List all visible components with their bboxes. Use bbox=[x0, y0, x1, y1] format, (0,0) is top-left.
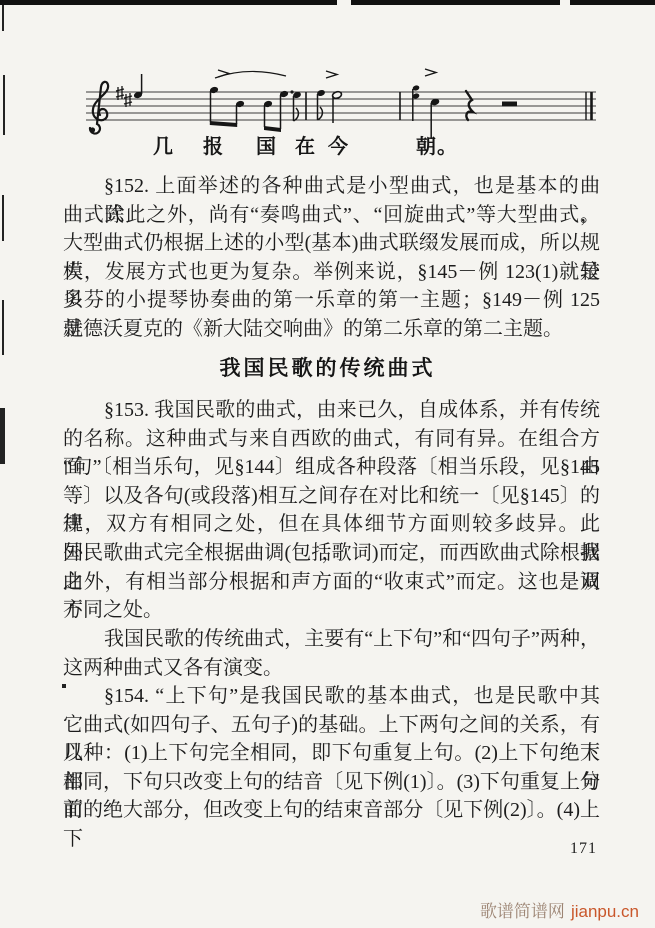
scanned-book-page: { "score": { "clef": "treble", "key_sign… bbox=[0, 0, 655, 928]
lyric-syllable: 几 bbox=[153, 134, 174, 160]
paragraph-152: §152. 上面举述的各种曲式是小型曲式，也是基本的曲式。 曲式除此之外，尚有“… bbox=[0, 172, 655, 344]
scan-top-edge bbox=[0, 0, 655, 5]
text-line: 的名称。这种曲式与来自西欧的曲式，有同有异。在组合方面由 bbox=[63, 425, 600, 454]
text-line: 面的绝大部分，但改变上句的结束音部分〔见下例(2)〕。(4)上下 bbox=[63, 796, 600, 825]
watermark-site-name: 歌谱简谱网 bbox=[480, 902, 565, 921]
text-line: 律，双方有相同之处，但在具体细节方面则较多歧异。此外，我 bbox=[63, 510, 600, 539]
text-line: 等〕以及各句(或段落)相互之间存在对比和统一〔见§145〕的规 bbox=[63, 482, 600, 511]
note-quarter-long-stem bbox=[430, 98, 440, 139]
scan-top-edge-gap bbox=[560, 0, 570, 5]
section-heading: 我国民歌的传统曲式 bbox=[0, 352, 655, 382]
lyric-syllable: 报 bbox=[203, 134, 224, 160]
text-line: 它曲式(如四句子、五句子)的基础。上下两句之间的关系，有以下 bbox=[63, 711, 600, 740]
text-line: “句”〔相当乐句，见§144〕组成各种段落〔相当乐段，见§145 bbox=[63, 453, 600, 482]
lyric-syllable: 朝。 bbox=[416, 134, 458, 160]
text-line: §152. 上面举述的各种曲式是小型曲式，也是基本的曲式。 bbox=[63, 172, 600, 201]
text-line: 相同，下句只改变上句的结音〔见下例(1)〕。(3)下句重复上句前 bbox=[63, 768, 600, 797]
text-line: 多芬的小提琴协奏曲的第一乐章的第一主题；§149－例 125 就 bbox=[63, 286, 600, 315]
text-line: 这两种曲式又各有演变。 bbox=[63, 654, 600, 683]
page-number: 171 bbox=[570, 840, 597, 858]
text-line: 大型曲式仍根据上述的小型(基本)曲式联缀发展而成，所以规模较 bbox=[63, 229, 600, 258]
text-line: 国民歌曲式完全根据曲调(包括歌词)而定，而西欧曲式除根据曲调 bbox=[63, 539, 600, 568]
text-line: 不同之处。 bbox=[63, 596, 600, 625]
scan-edge-mark bbox=[3, 75, 5, 135]
text-line: 之外，有相当部分根据和声方面的“收束式”而定。这也是双方 bbox=[63, 568, 600, 597]
half-rest bbox=[502, 102, 517, 107]
accent-mark bbox=[326, 71, 337, 78]
treble-clef-icon bbox=[90, 82, 108, 134]
key-signature-sharps bbox=[116, 86, 132, 107]
grace-note-cluster bbox=[412, 85, 420, 121]
note-quarter bbox=[133, 74, 143, 99]
paragraph-154: §154. “上下句”是我国民歌的基本曲式，也是民歌中其 它曲式(如四句子、五句… bbox=[0, 682, 655, 825]
text-line: 曲式除此之外，尚有“奏鸣曲式”、“回旋曲式”等大型曲式， bbox=[63, 201, 600, 230]
note-half bbox=[332, 91, 343, 123]
text-line: 几种：(1)上下句完全相同，即下句重复上句。(2)上下句绝大部分 bbox=[63, 739, 600, 768]
scan-edge-mark bbox=[2, 5, 4, 31]
lyric-syllable: 今 bbox=[328, 134, 349, 160]
paragraph-153: §153. 我国民歌的曲式，由来已久，自成体系，并有传统 的名称。这种曲式与来自… bbox=[0, 396, 655, 625]
watermark: 歌谱简谱网jianpu.cn bbox=[480, 897, 639, 922]
text-line: §153. 我国民歌的曲式，由来已久，自成体系，并有传统 bbox=[63, 396, 600, 425]
text-line: 我国民歌的传统曲式，主要有“上下句”和“四句子”两种， bbox=[63, 625, 600, 654]
beamed-eighth-notes bbox=[263, 90, 294, 132]
paragraph-folk-forms: 我国民歌的传统曲式，主要有“上下句”和“四句子”两种， 这两种曲式又各有演变。 bbox=[0, 625, 655, 682]
accent-mark bbox=[425, 69, 436, 76]
text-line: 大，发展方式也更为复杂。举例来说，§145－例 123(1)就是贝 bbox=[63, 258, 600, 287]
lyric-syllable: 国 bbox=[256, 134, 277, 160]
scan-top-edge-gap bbox=[337, 0, 351, 5]
watermark-domain: jianpu.cn bbox=[571, 902, 639, 921]
lyric-syllable: 在 bbox=[295, 134, 316, 160]
text-line: 是德沃夏克的《新大陆交响曲》的第二乐章的第二主题。 bbox=[63, 315, 600, 344]
note-eighth-flagged bbox=[316, 89, 325, 120]
text-line: §154. “上下句”是我国民歌的基本曲式，也是民歌中其 bbox=[63, 682, 600, 711]
